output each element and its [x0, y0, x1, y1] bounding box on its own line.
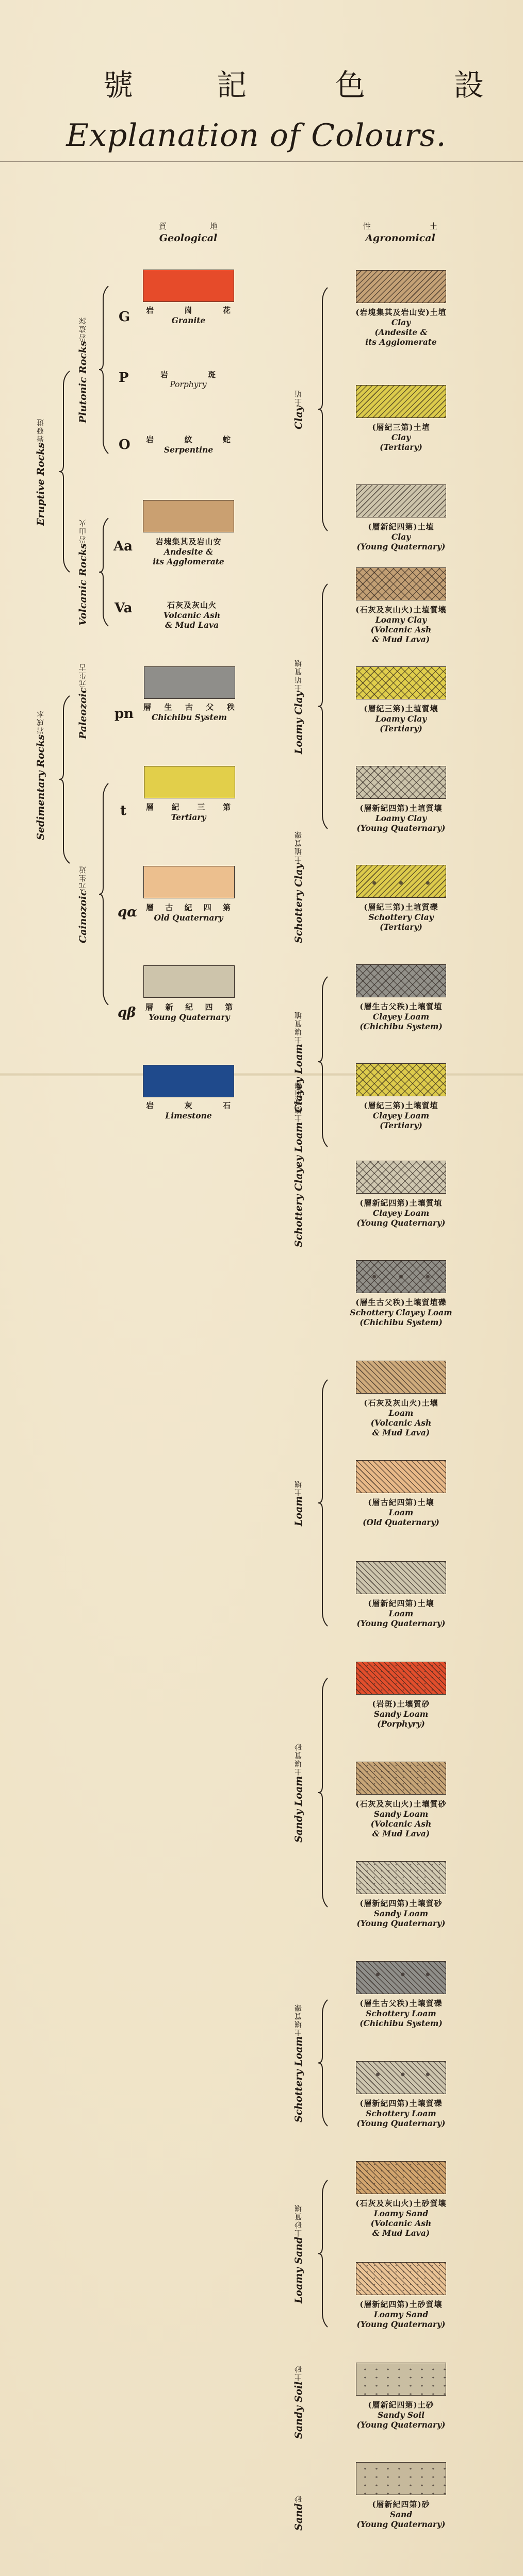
title-english: Explanation of Colours.	[0, 118, 518, 154]
agronomical-label: (層紀三第)土埴質礫Schottery Clay(Tertiary)	[330, 901, 472, 932]
label-cjk: (石灰及灰山火)土壤質砂	[330, 1798, 472, 1809]
label-cjk: (岩斑)土壤質砂	[330, 1698, 472, 1709]
group-label-en: Loamy Clay	[293, 692, 304, 755]
group-label-cjk: 土壤	[295, 1480, 303, 1496]
label-en: (Volcanic Ash	[330, 2218, 472, 2228]
label-en: Sandy Soil	[330, 2410, 472, 2420]
agronomical-label: (岩斑)土壤質砂Sandy Loam(Porphyry)	[330, 1698, 472, 1729]
label-cjk: (層新紀四第)土壤質砂	[330, 1898, 472, 1909]
young-quaternary-label: 層新紀四第 Young Quaternary	[135, 1001, 243, 1022]
agronomical-label: (石灰及灰山火)土埴質壤Loamy Clay(Volcanic Ash& Mud…	[330, 604, 472, 644]
agronomical-label: (層新紀四第)土壤質埴Clayey Loam(Young Quaternary)	[330, 1197, 472, 1228]
geological-header: 質地 Geological	[150, 221, 227, 244]
label-char: 灰	[184, 1100, 192, 1111]
group-label-cjk: 元生近	[79, 865, 87, 890]
label-en: Chichibu System	[140, 712, 238, 722]
label-en: Andesite &	[143, 547, 234, 557]
porphyry-label: 岩斑 Porphyry	[157, 369, 219, 390]
label-en: (Tertiary)	[330, 442, 472, 452]
label-char: 第	[225, 1001, 233, 1012]
sedimentary-brace	[59, 696, 71, 863]
label-en: Loamy Clay	[330, 813, 472, 823]
agronomical-label: (石灰及灰山火)土壤質砂Sandy Loam(Volcanic Ash& Mud…	[330, 1798, 472, 1838]
old-quaternary-label: 層古紀四第 Old Quaternary	[143, 902, 234, 923]
label-en: Schottery Clay	[330, 912, 472, 922]
header-char: 土	[430, 221, 437, 231]
agronomical-swatch	[356, 484, 446, 517]
label-en: Clayey Loam	[330, 1111, 472, 1120]
label-char: 四	[205, 1001, 213, 1012]
agronomical-swatch	[356, 1961, 446, 1994]
group-label-cjk: 岩發迸	[37, 418, 45, 443]
label-char: 斑	[208, 369, 216, 380]
label-en: & Mud Lava)	[330, 1428, 472, 1437]
agronomical-swatch	[356, 2462, 446, 2495]
agronomical-label: (層新紀四第)土壤質砂Sandy Loam(Young Quaternary)	[330, 1898, 472, 1928]
label-en: (Chichibu System)	[330, 1317, 472, 1327]
label-cjk: (層紀三第)土埴質壤	[330, 703, 472, 714]
agronomical-swatch	[356, 666, 446, 699]
agronomical-swatch	[356, 2161, 446, 2194]
group-label-cjk: 土壤質礫	[295, 2003, 303, 2036]
label-en: (Young Quaternary)	[330, 1918, 472, 1928]
plutonic-rocks-label: Plutonic Rocks岩造深	[77, 309, 89, 430]
label-en: & Mud Lava)	[330, 1829, 472, 1838]
label-en: Clayey Loam	[330, 1208, 472, 1218]
agronomical-group-label: Loamy Clay土埴質壤	[293, 584, 304, 829]
agronomical-label: (層紀三第)土壤質埴Clayey Loam(Tertiary)	[330, 1100, 472, 1130]
group-label-en: Sedimentary Rocks	[35, 734, 46, 840]
plutonic-brace	[99, 286, 109, 454]
agronomical-swatch	[356, 1063, 446, 1096]
agronomical-group-label: Schottery Clay土埴質礫	[293, 866, 304, 943]
agronomical-swatch	[356, 2061, 446, 2094]
symbol-t: t	[120, 803, 126, 818]
label-en: (Young Quaternary)	[330, 2420, 472, 2430]
agronomical-label: (層新紀四第)砂Sand(Young Quaternary)	[330, 2499, 472, 2529]
group-label-en: Sand	[293, 2503, 304, 2530]
agronomical-label: (層新紀四第)土壤Loam(Young Quaternary)	[330, 1598, 472, 1628]
label-en: Clay	[330, 432, 472, 442]
agronomical-swatch	[356, 1361, 446, 1394]
label-cjk: (層生古父秩)土壤質礫	[330, 1998, 472, 2009]
label-en: Sandy Loam	[330, 1709, 472, 1719]
agronomical-swatch	[356, 1460, 446, 1493]
title-cjk: 號 記 色 設	[0, 61, 523, 107]
agronomical-group-label: Loam土壤	[293, 1380, 304, 1626]
label-en: (Young Quaternary)	[330, 2118, 472, 2128]
group-label-en: Sandy Loam	[293, 1776, 304, 1842]
agronomical-group-label: Sandy Loam土壤質砂	[293, 1678, 304, 1907]
agronomical-label: (層新紀四第)土砂質壤Loamy Sand(Young Quaternary)	[330, 2299, 472, 2329]
label-en: (Chichibu System)	[330, 1022, 472, 1031]
label-char: 層	[143, 701, 152, 712]
agronomical-group-label: Sand砂	[293, 2474, 304, 2551]
group-label-cjk: 土埴質礫	[295, 830, 303, 863]
group-label-cjk: 砂	[295, 2495, 303, 2503]
agronomical-group-brace	[318, 584, 329, 829]
label-en: Young Quaternary	[135, 1012, 243, 1022]
label-char: 崗	[184, 305, 192, 315]
label-cjk: (層新紀四第)土埴質壤	[330, 802, 472, 813]
title-char: 色	[335, 61, 365, 104]
label-char: 石	[223, 1100, 231, 1111]
label-cjk: (層古紀四第)土壤	[330, 1497, 472, 1508]
symbol-Va: Va	[115, 600, 133, 616]
label-en: Tertiary	[143, 812, 234, 822]
agronomical-group-label: Schottery Loam土壤質礫	[293, 2000, 304, 2126]
label-char: 紀	[172, 801, 180, 812]
label-en: Loamy Sand	[330, 2209, 472, 2218]
label-en: Sandy Loam	[330, 1809, 472, 1819]
label-en: (Tertiary)	[330, 922, 472, 932]
agronomical-label: (層生古父秩)土壤質埴Clayey Loam(Chichibu System)	[330, 1001, 472, 1031]
agronomical-label: (層紀三第)土埴質壤Loamy Clay(Tertiary)	[330, 703, 472, 733]
label-en: its Agglomerate	[143, 557, 234, 566]
group-label-en: Schottery Clay	[293, 863, 304, 943]
agronomical-swatch	[356, 1260, 446, 1293]
agronomical-swatch	[356, 270, 446, 303]
label-en: (Tertiary)	[330, 724, 472, 733]
symbol-q-alpha: qα	[118, 905, 137, 920]
group-label-cjk: 元生古	[79, 663, 87, 688]
label-cjk: (層新紀四第)土埴	[330, 521, 472, 532]
label-cjk: (層新紀四第)土壤	[330, 1598, 472, 1609]
header-char: 性	[363, 221, 371, 231]
agronomical-swatch	[356, 2363, 446, 2396]
header-char: 地	[210, 221, 218, 231]
group-label-en: Schottery Clayey Loam	[293, 1122, 304, 1247]
label-cjk: (層新紀四第)土壤質埴	[330, 1197, 472, 1208]
label-en: (Young Quaternary)	[330, 1218, 472, 1228]
header-char: 質	[159, 221, 167, 231]
limestone-swatch	[143, 1065, 234, 1097]
label-en: Loam	[330, 1609, 472, 1618]
label-cjk: (層生古父秩)土壤質埴礫	[330, 1297, 472, 1308]
agronomical-label: (石灰及灰山火)土砂質壤Loamy Sand(Volcanic Ash& Mud…	[330, 2198, 472, 2238]
label-char: 岩	[160, 369, 169, 380]
group-label-cjk: 土壤質砂	[295, 1743, 303, 1776]
label-char: 岩	[146, 1100, 154, 1111]
label-char: 層	[146, 801, 154, 812]
label-en: its Agglomerate	[330, 337, 472, 347]
agronomical-swatch	[356, 567, 446, 600]
granite-label: 岩崗花 Granite	[143, 305, 234, 325]
tertiary-swatch	[144, 766, 235, 798]
group-label-en: Paleozoic	[77, 688, 89, 739]
agronomical-swatch	[356, 1561, 446, 1594]
label-char: 新	[165, 1001, 173, 1012]
group-label-en: Plutonic Rocks	[77, 341, 89, 424]
label-en: Porphyry	[157, 380, 219, 390]
label-en: & Mud Lava)	[330, 634, 472, 644]
label-en: (Porphyry)	[330, 1719, 472, 1729]
agronomical-label: (層新紀四第)土埴Clay(Young Quaternary)	[330, 521, 472, 551]
label-cjk: (層新紀四第)土砂	[330, 2399, 472, 2410]
agronomical-label: (石灰及灰山火)土壤Loam(Volcanic Ash& Mud Lava)	[330, 1397, 472, 1437]
group-label-cjk: 土壤質埴礫	[295, 1081, 303, 1122]
group-label-cjk: 岩山火	[79, 518, 87, 543]
agronomical-group-brace	[318, 1678, 329, 1907]
label-cjk: (層生古父秩)土壤質埴	[330, 1001, 472, 1012]
sedimentary-rocks-label: Sedimentary Rocks岩成水	[35, 737, 46, 840]
agronomical-group-brace	[318, 977, 329, 1147]
chichibu-swatch	[144, 666, 235, 699]
label-en: (Young Quaternary)	[330, 2319, 472, 2329]
label-en: (Young Quaternary)	[330, 542, 472, 551]
agronomical-swatch	[356, 865, 446, 898]
agronomical-label: (層新紀四第)土壤質礫Schottery Loam(Young Quaterna…	[330, 2098, 472, 2128]
label-char: 父	[206, 701, 214, 712]
group-label-en: Clay	[293, 406, 304, 429]
label-char: 岩	[146, 434, 154, 445]
group-label-cjk: 土埴	[295, 389, 303, 406]
title-char: 號	[103, 61, 133, 104]
symbol-q-beta: qβ	[118, 1005, 136, 1021]
label-char: 紀	[185, 1001, 193, 1012]
label-cjk: (層紀三第)土埴	[330, 422, 472, 432]
label-en: Loamy Clay	[330, 615, 472, 625]
agronomical-group-brace	[318, 2000, 329, 2126]
agronomical-label: (層生古父秩)土壤質埴礫Schottery Clayey Loam(Chichi…	[330, 1297, 472, 1327]
tertiary-label: 層紀三第 Tertiary	[143, 801, 234, 822]
agronomical-group-label: Sandy Soil土砂	[293, 2350, 304, 2453]
eruptive-rocks-label: Eruptive Rocks岩發迸	[35, 423, 46, 526]
label-cjk: (石灰及灰山火)土壤	[330, 1397, 472, 1408]
group-label-cjk: 岩成水	[37, 710, 45, 734]
group-label-en: Cainozoic	[77, 890, 89, 943]
label-en: Loam	[330, 1508, 472, 1517]
volcanic-ash-label: 石灰及灰山火 Volcanic Ash & Mud Lava	[148, 599, 236, 630]
label-en: (Chichibu System)	[330, 2018, 472, 2028]
label-en: (Old Quaternary)	[330, 1517, 472, 1527]
paleozoic-label: Paleozoic元生古	[77, 660, 89, 742]
agronomical-swatch	[356, 766, 446, 799]
label-cjk: (石灰及灰山火)土埴質壤	[330, 604, 472, 615]
agronomical-label: (岩塊集其及岩山安)土埴Clay(Andesite &its Agglomera…	[330, 307, 472, 347]
group-label-cjk: 土壤質埴	[295, 1011, 303, 1044]
label-en: Volcanic Ash	[148, 610, 236, 620]
label-en: (Volcanic Ash	[330, 1418, 472, 1428]
agronomical-label: (層新紀四第)土砂Sandy Soil(Young Quaternary)	[330, 2399, 472, 2430]
label-en: Loamy Sand	[330, 2310, 472, 2319]
old-quaternary-swatch	[143, 866, 235, 898]
label-cjk: 石灰及灰山火	[148, 599, 236, 610]
agronomical-swatch	[356, 1161, 446, 1194]
group-label-cjk: 土砂	[295, 2365, 303, 2381]
group-label-en: Volcanic Rocks	[77, 543, 89, 626]
granite-swatch	[143, 270, 234, 302]
agronomical-group-brace	[318, 1380, 329, 1626]
limestone-label: 岩灰石 Limestone	[143, 1100, 234, 1120]
label-en: Schottery Loam	[330, 2009, 472, 2018]
group-label-cjk: 土砂質壤	[295, 2204, 303, 2237]
group-label-cjk: 土埴質壤	[295, 659, 303, 692]
volcanic-rocks-label: Volcanic Rocks岩山火	[77, 515, 89, 629]
label-cjk: (層新紀四第)土砂質壤	[330, 2299, 472, 2310]
andesite-label: 岩塊集其及岩山安 Andesite & its Agglomerate	[143, 536, 234, 566]
agronomical-swatch	[356, 1662, 446, 1695]
label-cjk: (層紀三第)土埴質礫	[330, 901, 472, 912]
cainozoic-brace	[99, 783, 109, 1005]
label-en: (Volcanic Ash	[330, 625, 472, 634]
label-char: 層	[146, 902, 154, 913]
agronomical-group-label: Clay土埴	[293, 288, 304, 531]
label-en: Clay	[330, 317, 472, 327]
label-cjk: 岩塊集其及岩山安	[143, 536, 234, 547]
label-char: 蛇	[223, 434, 231, 445]
label-char: 秩	[227, 701, 235, 712]
symbol-G: G	[119, 309, 130, 325]
group-label-en: Loam	[293, 1496, 304, 1526]
label-en: Loamy Clay	[330, 714, 472, 724]
label-char: 花	[223, 305, 231, 315]
label-en: Clayey Loam	[330, 1012, 472, 1022]
group-label-en: Loamy Sand	[293, 2237, 304, 2303]
agronomical-swatch	[356, 2262, 446, 2295]
agronomical-title: Agronomical	[354, 232, 447, 244]
label-en: Sandy Loam	[330, 1909, 472, 1918]
label-en: (Young Quaternary)	[330, 823, 472, 833]
label-char: 紀	[184, 902, 192, 913]
label-en: Old Quaternary	[143, 913, 234, 923]
title-char: 記	[217, 61, 247, 104]
symbol-O: O	[119, 437, 130, 453]
label-en: Schottery Clayey Loam	[330, 1308, 472, 1317]
label-cjk: (石灰及灰山火)土砂質壤	[330, 2198, 472, 2209]
label-char: 古	[165, 902, 173, 913]
title-divider	[0, 161, 523, 162]
label-en: (Tertiary)	[330, 1120, 472, 1130]
title-char: 設	[454, 61, 484, 104]
label-en: & Mud Lava)	[330, 2228, 472, 2238]
symbol-P: P	[119, 370, 129, 386]
label-char: 紋	[184, 434, 192, 445]
label-en: Loam	[330, 1408, 472, 1418]
label-en: Limestone	[143, 1111, 234, 1120]
label-en: (Andesite &	[330, 327, 472, 337]
label-char: 三	[197, 801, 205, 812]
label-en: Sand	[330, 2510, 472, 2519]
agronomical-header: 性土 Agronomical	[354, 221, 447, 244]
label-cjk: (層紀三第)土壤質埴	[330, 1100, 472, 1111]
label-cjk: (岩塊集其及岩山安)土埴	[330, 307, 472, 317]
label-cjk: (層新紀四第)土壤質礫	[330, 2098, 472, 2109]
agronomical-swatch	[356, 1861, 446, 1894]
symbol-Aa: Aa	[113, 539, 133, 554]
young-quaternary-swatch	[143, 965, 235, 998]
serpentine-label: 岩紋蛇 Serpentine	[143, 434, 234, 455]
group-label-en: Sandy Soil	[293, 2381, 304, 2439]
label-en: & Mud Lava	[148, 620, 236, 630]
agronomical-swatch	[356, 385, 446, 418]
agronomical-group-label: Loamy Sand土砂質壤	[293, 2180, 304, 2327]
label-en: Schottery Loam	[330, 2109, 472, 2118]
label-en: (Young Quaternary)	[330, 2519, 472, 2529]
group-label-en: Eruptive Rocks	[35, 443, 46, 526]
cainozoic-label: Cainozoic元生近	[77, 866, 89, 943]
label-char: 第	[223, 801, 231, 812]
group-label-en: Schottery Loam	[293, 2036, 304, 2123]
agronomical-label: (層新紀四第)土埴質壤Loamy Clay(Young Quaternary)	[330, 802, 472, 833]
label-en: (Young Quaternary)	[330, 1618, 472, 1628]
label-char: 生	[164, 701, 172, 712]
agronomical-label: (層紀三第)土埴Clay(Tertiary)	[330, 422, 472, 452]
label-en: (Volcanic Ash	[330, 1819, 472, 1829]
label-en: Serpentine	[143, 445, 234, 455]
agronomical-group-brace	[318, 288, 329, 531]
label-char: 第	[223, 902, 231, 913]
label-char: 古	[185, 701, 193, 712]
label-en: Granite	[143, 315, 234, 325]
label-char: 四	[204, 902, 212, 913]
eruptive-brace	[59, 371, 71, 572]
label-char: 層	[145, 1001, 154, 1012]
agronomical-swatch	[356, 1762, 446, 1795]
symbol-pn: pn	[115, 706, 134, 722]
agronomical-swatch	[356, 964, 446, 997]
agronomical-group-label: Schottery Clayey Loam土壤質埴礫	[293, 1139, 304, 1247]
label-char: 岩	[146, 305, 154, 315]
label-cjk: (層新紀四第)砂	[330, 2499, 472, 2510]
agronomical-label: (層古紀四第)土壤Loam(Old Quaternary)	[330, 1497, 472, 1527]
group-label-cjk: 岩造深	[79, 316, 87, 341]
agronomical-label: (層生古父秩)土壤質礫Schottery Loam(Chichibu Syste…	[330, 1998, 472, 2028]
geological-title: Geological	[150, 232, 227, 244]
label-en: Clay	[330, 532, 472, 542]
andesite-swatch	[143, 500, 234, 532]
volcanic-brace	[99, 518, 109, 626]
chichibu-label: 層生古父秩 Chichibu System	[140, 701, 238, 722]
agronomical-group-brace	[318, 2180, 329, 2327]
